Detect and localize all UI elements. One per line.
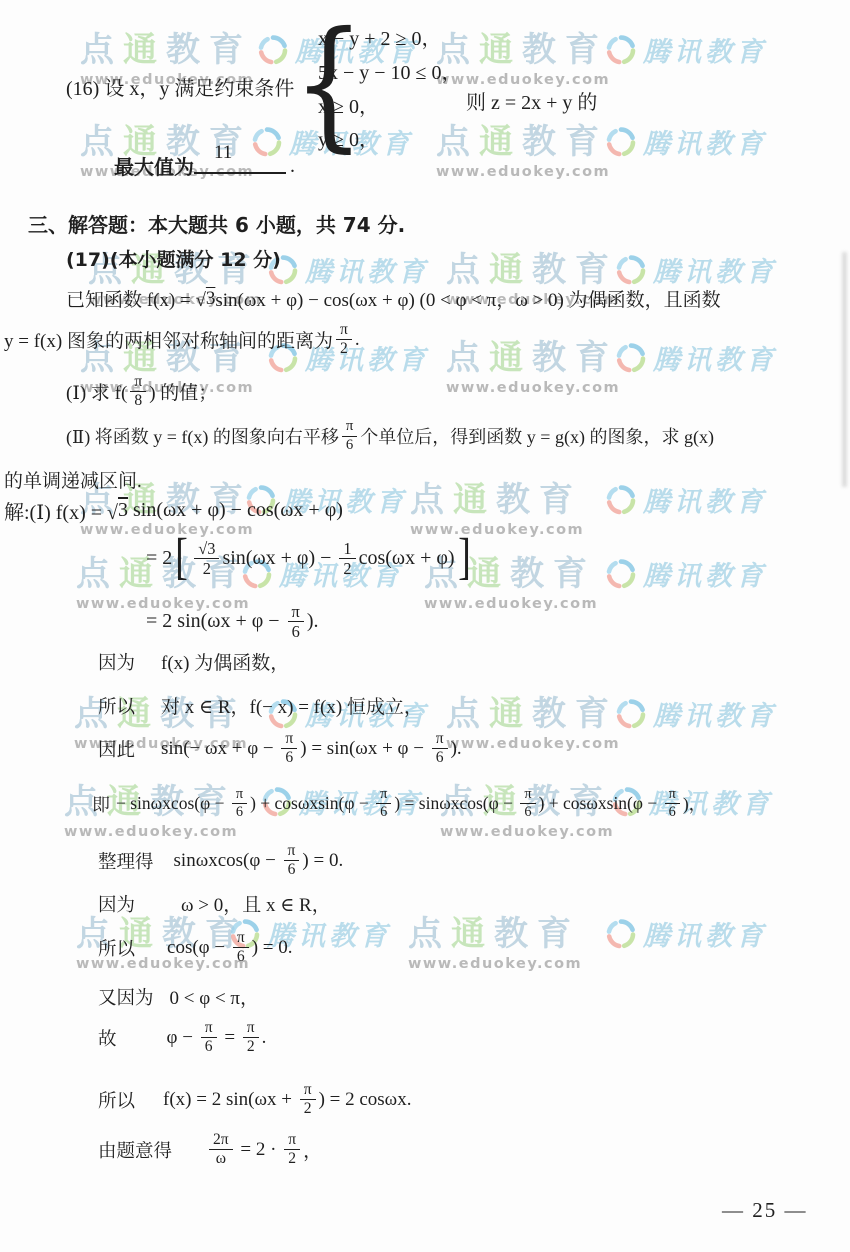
- math-token: ，: [303, 1136, 322, 1163]
- math-token: − sinωxcos(φ −: [116, 793, 229, 814]
- step-label: 因此: [98, 736, 135, 762]
- math-token: 解:(Ⅰ) f(x) = √: [4, 496, 118, 525]
- solution-step: 即 − sinωxcos(φ − π6) + cosωxsin(φ − π6) …: [92, 787, 706, 820]
- q16-constraint-4: y ≥ 0，: [318, 123, 379, 152]
- math-token: f(x) 为偶函数，: [161, 648, 289, 675]
- math-token: 3: [118, 499, 128, 522]
- math-token: 已知函数 f(x) = √: [66, 285, 206, 312]
- q16-statement: (16) 设 x，y 满足约束条件: [66, 72, 294, 101]
- math-token: = 2 ·: [236, 1139, 282, 1161]
- scanned-exam-page: { "colors": { "ink": "#1f1f1f", "pt-blue…: [0, 0, 850, 1252]
- math-token: φ −: [167, 1027, 198, 1049]
- step-math: ω > 0，且 x ∈ R，: [181, 890, 331, 917]
- solution-step: 所以 对 x ∈ R，f(− x) = f(x) 恒成立，: [98, 692, 423, 719]
- math-token: π6: [281, 731, 297, 767]
- solution-step: 由题意得 2πω = 2 · π2，: [98, 1132, 322, 1168]
- math-token: 对 x ∈ R，f(− x) = f(x) 恒成立，: [161, 692, 423, 719]
- math-token: π8: [130, 374, 146, 410]
- math-token: π6: [284, 843, 300, 879]
- math-token: (Ⅰ) 求 f(: [66, 378, 127, 405]
- q17-title: (17)(本小题满分 12 分): [66, 245, 281, 272]
- solution-step: 整理得 sinωxcos(φ − π6) = 0.: [98, 843, 343, 879]
- q16-constraint-1: x − y + 2 ≥ 0，: [318, 22, 442, 51]
- step-label: 即: [92, 791, 110, 817]
- math-token: π6: [342, 419, 357, 453]
- step-math: 2πω = 2 · π2，: [206, 1132, 322, 1168]
- math-token: 个单位后，得到函数 y = g(x) 的图象，求 g(x): [360, 423, 714, 449]
- math-token: π6: [520, 787, 535, 820]
- solution-line2: = 2[√32sin(ωx + φ) − 12cos(ωx + φ)]: [146, 540, 474, 577]
- math-token: ) = sinωxcos(φ −: [394, 793, 517, 814]
- math-token: )，: [683, 791, 706, 816]
- math-token: = 2: [146, 547, 172, 570]
- section-heading: 三、解答题：本大题共 6 小题，共 74 分.: [28, 209, 405, 238]
- scan-artifact: [842, 252, 847, 487]
- math-token: π2: [300, 1082, 316, 1118]
- step-label: 所以: [98, 1087, 135, 1113]
- math-token: π6: [432, 731, 448, 767]
- math-token: π6: [232, 787, 247, 820]
- math-token: = 2 sin(ωx + φ −: [146, 610, 285, 633]
- solution-step: 故 φ − π6 = π2.: [98, 1020, 266, 1056]
- step-label: 因为: [98, 649, 135, 675]
- step-label: 故: [98, 1025, 117, 1051]
- math-token: sinωxcos(φ −: [174, 850, 281, 872]
- q17-part2: (Ⅱ) 将函数 y = f(x) 的图象向右平移π6个单位后，得到函数 y = …: [66, 419, 714, 453]
- step-label: 所以: [98, 693, 135, 719]
- math-token: π6: [233, 930, 249, 966]
- math-token: √32: [194, 540, 219, 577]
- math-token: ).: [451, 738, 462, 760]
- math-token: π2: [284, 1132, 300, 1168]
- step-math: − sinωxcos(φ − π6) + cosωxsin(φ − π6) = …: [116, 787, 706, 820]
- math-token: cos(ωx + φ): [359, 547, 455, 570]
- q16-constraint-3: x ≥ 0，: [318, 90, 379, 119]
- q17-part2-continuation: 的单调递减区间.: [4, 466, 142, 493]
- math-token: sin(− ωx + φ −: [161, 738, 278, 760]
- solution-step: 因此 sin(− ωx + φ − π6) = sin(ωx + φ − π6)…: [98, 731, 462, 767]
- math-token: ) = 2 cosωx.: [319, 1089, 412, 1111]
- math-token: y = f(x) 图象的两相邻对称轴间的距离为: [4, 326, 333, 353]
- math-token: ) = 0.: [252, 937, 293, 959]
- solution-step: 因为 ω > 0，且 x ∈ R，: [98, 890, 331, 917]
- math-token: sin(ωx + φ) −: [222, 547, 336, 570]
- q16-answer-value: 11: [214, 142, 232, 164]
- math-token: ) = sin(ωx + φ −: [300, 738, 428, 760]
- q16-objective: 则 z = 2x + y 的: [466, 86, 597, 115]
- math-token: sin(ωx + φ) − cos(ωx + φ) (0 < φ < π，ω >…: [215, 285, 720, 312]
- page-number: — 25 —: [722, 1198, 808, 1223]
- step-math: f(x) = 2 sin(ωx + π2) = 2 cosωx.: [163, 1082, 411, 1118]
- step-math: 0 < φ < π，: [170, 983, 260, 1010]
- step-label: 所以: [98, 935, 135, 961]
- math-token: =: [220, 1027, 240, 1049]
- solution-line1: 解:(Ⅰ) f(x) = √3 sin(ωx + φ) − cos(ωx + φ…: [4, 496, 343, 525]
- math-token: 0 < φ < π，: [170, 983, 260, 1010]
- math-token: .: [355, 329, 360, 351]
- q17-given-line1: 已知函数 f(x) = √3sin(ωx + φ) − cos(ωx + φ) …: [66, 285, 721, 312]
- solution-step: 所以 cos(φ − π6) = 0.: [98, 930, 293, 966]
- math-token: ) + cosωxsin(φ −: [250, 793, 373, 814]
- math-token: ω > 0，且 x ∈ R，: [181, 890, 331, 917]
- solution-step: 所以 f(x) = 2 sin(ωx + π2) = 2 cosωx.: [98, 1082, 411, 1118]
- math-token: 3: [206, 288, 216, 310]
- math-token: π6: [665, 787, 680, 820]
- math-token: ) + cosωxsin(φ −: [539, 793, 662, 814]
- step-label: 整理得: [98, 848, 154, 874]
- math-token: ).: [307, 610, 319, 633]
- q16-constraint-2: 5x − y − 10 ≤ 0，: [318, 56, 462, 85]
- math-token: π2: [243, 1020, 259, 1056]
- math-token: cos(φ −: [167, 937, 230, 959]
- step-math: sin(− ωx + φ − π6) = sin(ωx + φ − π6).: [161, 731, 462, 767]
- solution-line3: = 2 sin(ωx + φ − π6).: [146, 603, 319, 640]
- math-token: sin(ωx + φ) − cos(ωx + φ): [128, 499, 343, 522]
- math-token: π2: [336, 322, 352, 358]
- q16-answer-label: 最大值为: [114, 151, 194, 180]
- q17-given-line2: y = f(x) 图象的两相邻对称轴间的距离为π2.: [4, 322, 360, 358]
- q16-period: .: [290, 155, 295, 178]
- math-token: (Ⅱ) 将函数 y = f(x) 的图象向右平移: [66, 423, 339, 449]
- step-label: 由题意得: [98, 1137, 172, 1163]
- solution-step: 又因为 0 < φ < π，: [98, 983, 259, 1010]
- math-token: f(x) = 2 sin(ωx +: [163, 1089, 297, 1111]
- math-token: ) = 0.: [302, 850, 343, 872]
- step-math: 对 x ∈ R，f(− x) = f(x) 恒成立，: [161, 692, 423, 719]
- math-token: 12: [339, 540, 355, 577]
- math-token: .: [262, 1027, 267, 1049]
- page-content: (16) 设 x，y 满足约束条件 { x − y + 2 ≥ 0， 5x − …: [0, 0, 850, 1252]
- math-token: 2πω: [209, 1132, 233, 1168]
- step-math: cos(φ − π6) = 0.: [167, 930, 293, 966]
- step-label: 因为: [98, 891, 135, 917]
- step-label: 又因为: [98, 984, 154, 1010]
- step-math: sinωxcos(φ − π6) = 0.: [174, 843, 344, 879]
- math-token: ) 的值；: [149, 378, 217, 405]
- q16-answer-blank: [194, 172, 286, 174]
- math-token: π6: [288, 603, 304, 640]
- q17-part1: (Ⅰ) 求 f(π8) 的值；: [66, 374, 217, 410]
- solution-step: 因为 f(x) 为偶函数，: [98, 648, 289, 675]
- step-math: f(x) 为偶函数，: [161, 648, 289, 675]
- math-token: π6: [376, 787, 391, 820]
- math-token: π6: [201, 1020, 217, 1056]
- step-math: φ − π6 = π2.: [167, 1020, 267, 1056]
